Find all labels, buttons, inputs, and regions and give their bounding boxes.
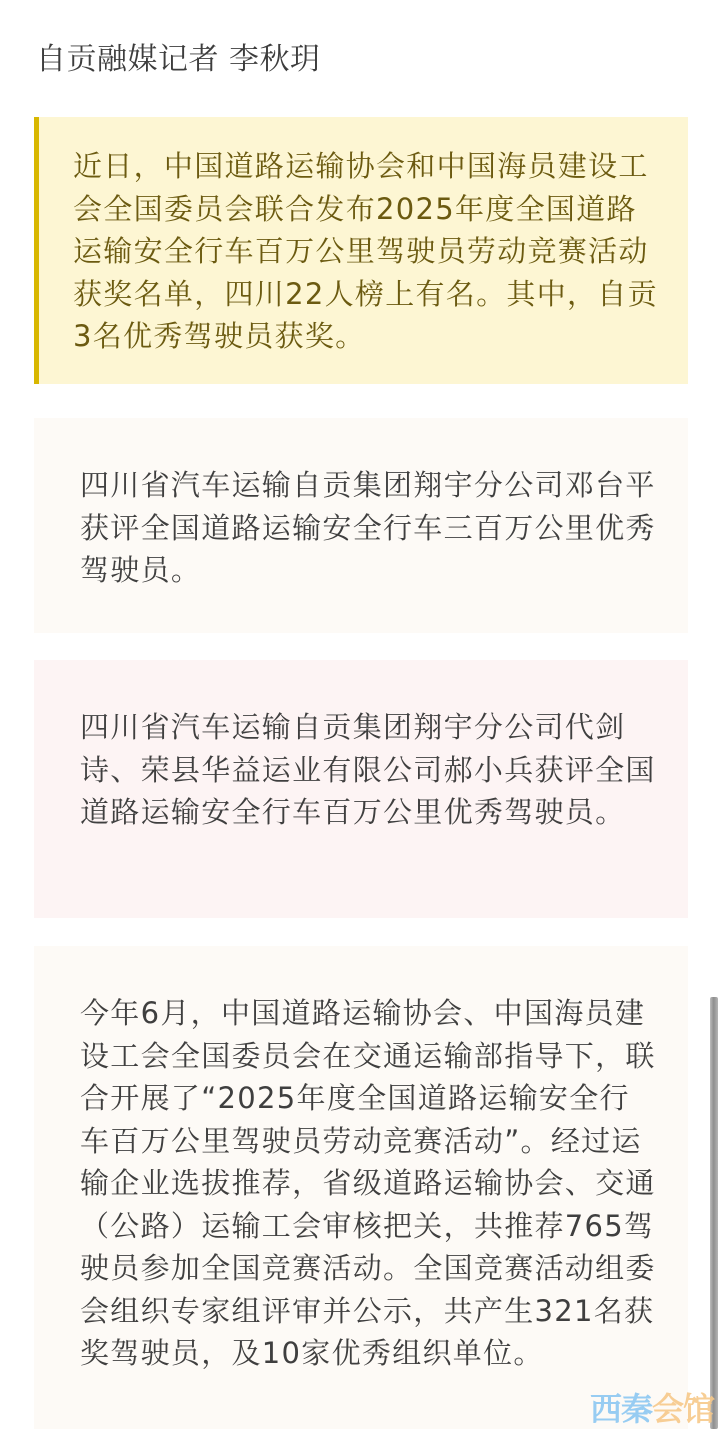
- lead-paragraph: 近日，中国道路运输协会和中国海员建设工会全国委员会联合发布2025年度全国道路运…: [73, 145, 660, 358]
- lead-highlight-card: 近日，中国道路运输协会和中国海员建设工会全国委员会联合发布2025年度全国道路运…: [34, 117, 688, 384]
- content-card-1: 四川省汽车运输自贡集团翔宇分公司邓台平获评全国道路运输安全行车三百万公里优秀驾驶…: [34, 418, 688, 633]
- content-card-2: 四川省汽车运输自贡集团翔宇分公司代剑诗、荣县华益运业有限公司郝小兵获评全国道路运…: [34, 660, 688, 918]
- watermark-part1: 西秦: [590, 1390, 652, 1428]
- watermark-part2: 会馆: [652, 1390, 714, 1428]
- paragraph-award-three-million: 四川省汽车运输自贡集团翔宇分公司邓台平获评全国道路运输安全行车三百万公里优秀驾驶…: [80, 464, 658, 592]
- content-card-3: 今年6月，中国道路运输协会、中国海员建设工会全国委员会在交通运输部指导下，联合开…: [34, 946, 688, 1429]
- paragraph-competition-background: 今年6月，中国道路运输协会、中国海员建设工会全国委员会在交通运输部指导下，联合开…: [80, 992, 658, 1375]
- watermark-logo: 西秦会馆: [590, 1384, 714, 1429]
- paragraph-award-one-million: 四川省汽车运输自贡集团翔宇分公司代剑诗、荣县华益运业有限公司郝小兵获评全国道路运…: [80, 706, 658, 834]
- byline: 自贡融媒记者 李秋玥: [36, 34, 321, 78]
- scrollbar[interactable]: [710, 997, 718, 1429]
